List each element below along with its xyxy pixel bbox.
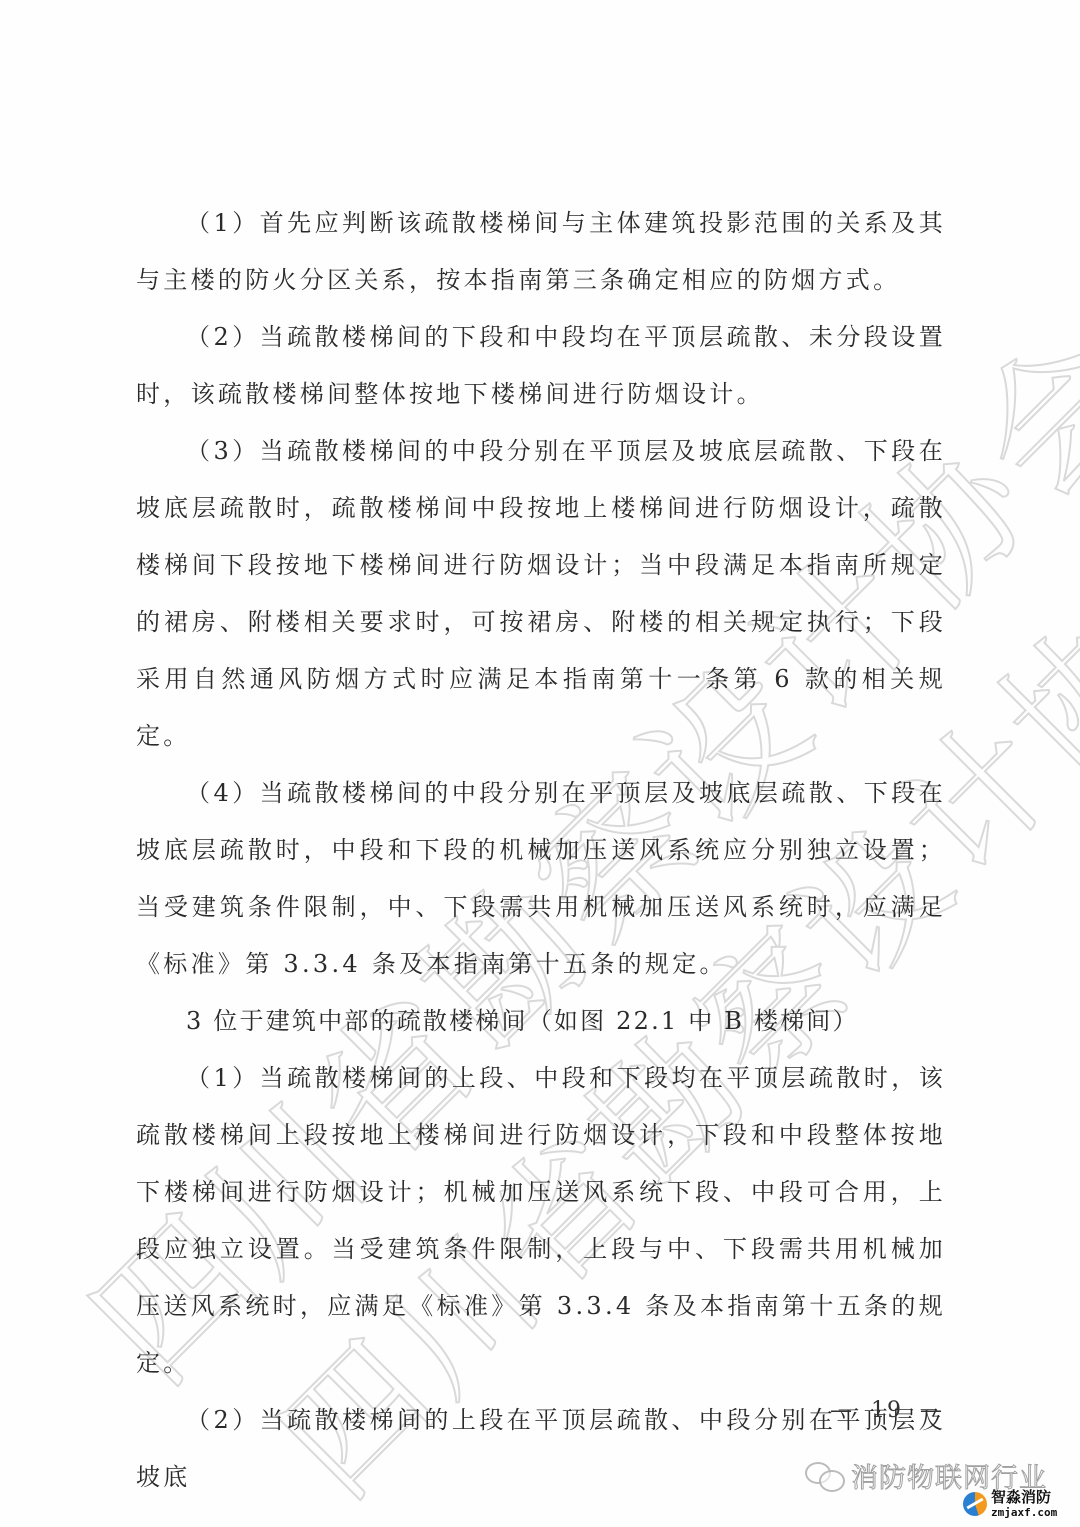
brand-badge: 智淼消防 zmjaxf.com xyxy=(963,1490,1057,1518)
wechat-icon xyxy=(805,1462,845,1490)
paragraph-4: （4）当疏散楼梯间的中段分别在平顶层及坡底层疏散、下段在坡底层疏散时，中段和下段… xyxy=(136,765,946,993)
paragraph-1: （1）首先应判断该疏散楼梯间与主体建筑投影范围的关系及其与主楼的防火分区关系，按… xyxy=(136,195,946,309)
brand-name: 智淼消防 xyxy=(991,1490,1057,1505)
document-body: （1）首先应判断该疏散楼梯间与主体建筑投影范围的关系及其与主楼的防火分区关系，按… xyxy=(136,195,946,1506)
section-heading-3: 3 位于建筑中部的疏散楼梯间（如图 22.1 中 B 楼梯间） xyxy=(136,993,946,1050)
paragraph-2: （2）当疏散楼梯间的下段和中段均在平顶层疏散、未分段设置时，该疏散楼梯间整体按地… xyxy=(136,309,946,423)
brand-text: 智淼消防 zmjaxf.com xyxy=(991,1490,1057,1518)
paragraph-5: （1）当疏散楼梯间的上段、中段和下段均在平顶层疏散时，该疏散楼梯间上段按地上楼梯… xyxy=(136,1050,946,1392)
brand-url: zmjaxf.com xyxy=(991,1507,1057,1518)
page-number: — 19 — xyxy=(830,1398,944,1423)
document-page: 四川省勘察设计协会 四川省勘察设计协会 （1）首先应判断该疏散楼梯间与主体建筑投… xyxy=(0,0,1080,1527)
paragraph-3: （3）当疏散楼梯间的中段分别在平顶层及坡底层疏散、下段在坡底层疏散时，疏散楼梯间… xyxy=(136,423,946,765)
brand-logo-icon xyxy=(963,1492,987,1516)
